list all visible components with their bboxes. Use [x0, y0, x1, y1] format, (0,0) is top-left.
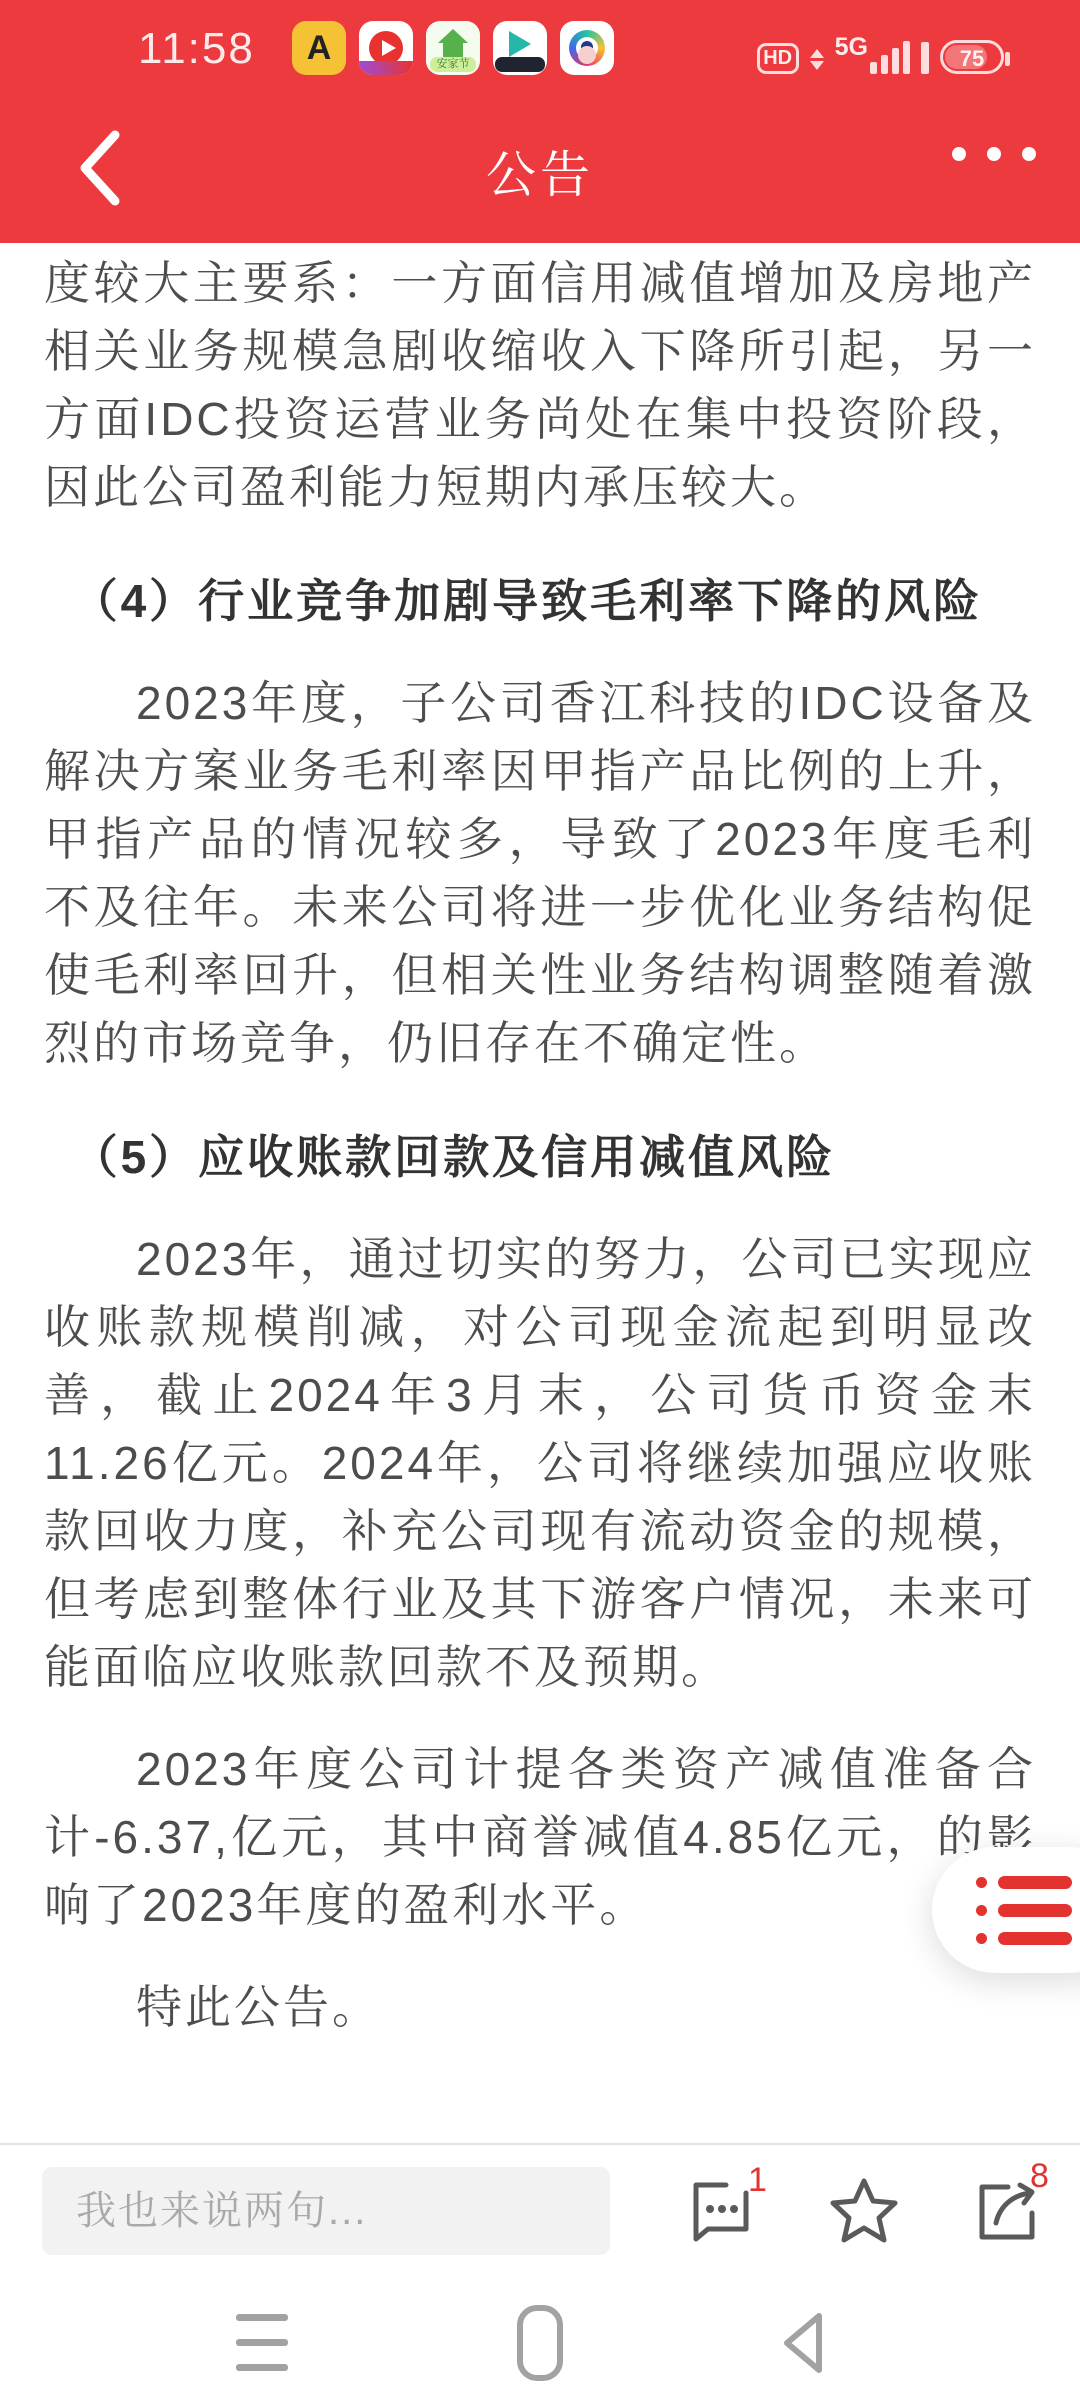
signal-5g-icon: 5G	[835, 35, 910, 74]
house-app-icon: 安家节	[426, 21, 480, 75]
battery-icon: 75	[940, 40, 1004, 74]
share-count-badge: 8	[1030, 2159, 1049, 2193]
hd-icon: HD	[757, 43, 799, 74]
comment-input[interactable]	[42, 2167, 610, 2255]
home-button[interactable]	[480, 2285, 600, 2400]
ellipsis-icon	[952, 147, 966, 161]
recents-button[interactable]	[202, 2285, 322, 2400]
play-app-icon	[493, 21, 547, 75]
video-app-icon	[359, 21, 413, 75]
nav-back-button[interactable]	[745, 2285, 865, 2400]
star-icon	[824, 2171, 904, 2251]
updown-arrows-icon	[810, 49, 824, 70]
clock: 11:58	[138, 24, 255, 74]
top-red-area: 11:58 A 安家节 HD 5G	[0, 0, 1080, 243]
network-type-label: 5G	[835, 35, 868, 60]
paragraph: 2023年度公司计提各类资产减值准备合计-6.37,亿元，其中商誉减值4.85亿…	[44, 1735, 1036, 1939]
notification-icons: A 安家节	[292, 21, 614, 75]
section-heading-4: （4）行业竞争加剧导致毛利率下降的风险	[44, 567, 1036, 635]
paragraph: 2023年，通过切实的努力，公司已实现应收账款规模削减，对公司现金流起到明显改善…	[44, 1225, 1036, 1701]
status-right-cluster: HD 5G 75	[757, 34, 1004, 74]
car-app-icon: A	[292, 21, 346, 75]
table-of-contents-button[interactable]	[932, 1847, 1080, 1973]
favorite-button[interactable]	[824, 2171, 904, 2251]
recents-icon	[236, 2314, 288, 2371]
page-title: 公告	[0, 135, 1080, 207]
list-outline-icon	[976, 1876, 1072, 1945]
paragraph: 2023年度，子公司香江科技的IDC设备及解决方案业务毛利率因甲指产品比例的上升…	[44, 669, 1036, 1077]
comment-toolbar: 1 8	[0, 2143, 1080, 2285]
status-bar: 11:58 A 安家节 HD 5G	[0, 0, 1080, 95]
paragraph: 特此公告。	[44, 1973, 1036, 2041]
house-app-banner: 安家节	[430, 57, 476, 72]
notification-dot-icon	[578, 46, 596, 64]
back-triangle-icon	[773, 2308, 837, 2378]
signal-bar-icon	[921, 42, 929, 74]
battery-level: 75	[943, 46, 1001, 72]
ellipsis-icon	[1022, 147, 1036, 161]
ellipsis-icon	[987, 147, 1001, 161]
home-icon	[517, 2305, 563, 2381]
system-nav-bar	[0, 2285, 1080, 2400]
section-heading-5: （5）应收账款回款及信用减值风险	[44, 1123, 1036, 1191]
announcement-body: 度较大主要系：一方面信用减值增加及房地产相关业务规模急剧收缩收入下降所引起，另一…	[0, 243, 1080, 2041]
paragraph: 度较大主要系：一方面信用减值增加及房地产相关业务规模急剧收缩收入下降所引起，另一…	[44, 249, 1036, 521]
comment-count-badge: 1	[748, 2163, 767, 2197]
more-menu-button[interactable]	[952, 147, 1036, 161]
app-header: 公告	[0, 95, 1080, 243]
